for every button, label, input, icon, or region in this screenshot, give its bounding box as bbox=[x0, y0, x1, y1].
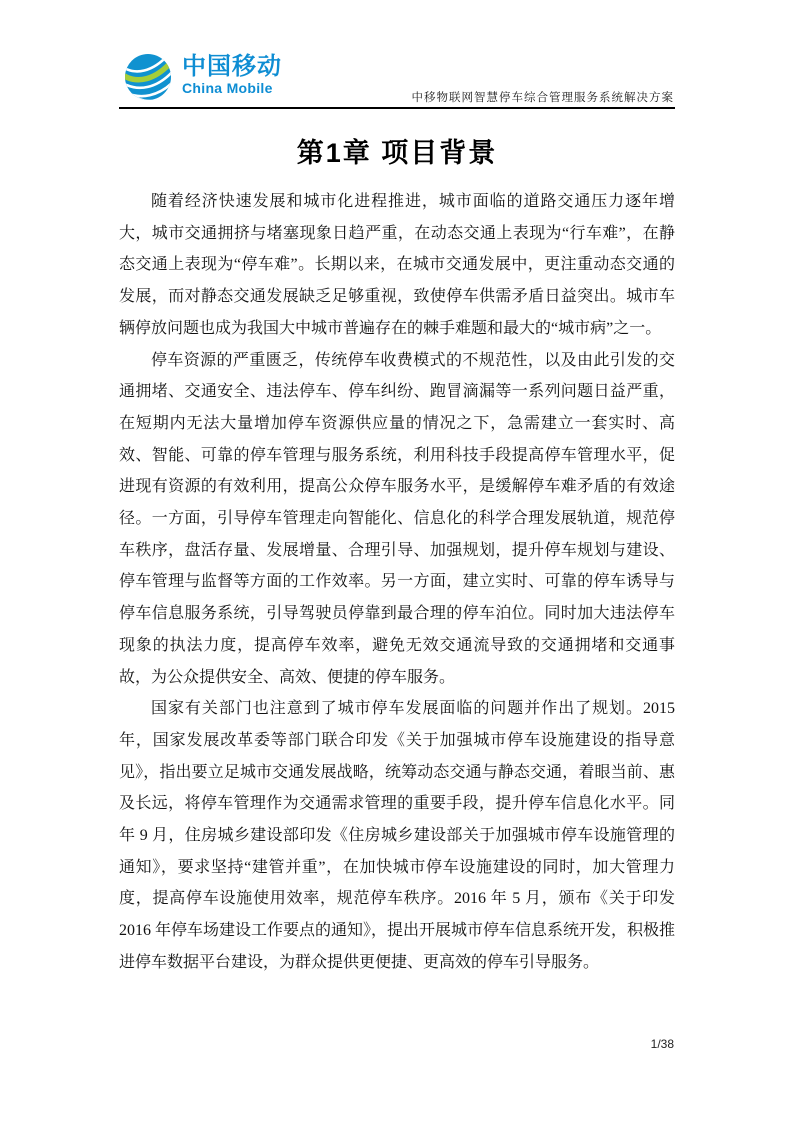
paragraph-3: 国家有关部门也注意到了城市停车发展面临的问题并作出了规划。2015 年，国家发展… bbox=[119, 693, 675, 978]
document-page: 中国移动 China Mobile 中移物联网智慧停车综合管理服务系统解决方案 … bbox=[0, 0, 793, 1122]
paragraph-2: 停车资源的严重匮乏，传统停车收费模式的不规范性，以及由此引发的交通拥堵、交通安全… bbox=[119, 345, 675, 694]
document-body: 随着经济快速发展和城市化进程推进，城市面临的道路交通压力逐年增大，城市交通拥挤与… bbox=[119, 186, 675, 979]
header-doc-caption: 中移物联网智慧停车综合管理服务系统解决方案 bbox=[118, 89, 674, 105]
chapter-heading: 第1章 项目背景 bbox=[119, 135, 675, 171]
header-divider bbox=[119, 107, 675, 109]
brand-name-chinese: 中国移动 bbox=[182, 54, 282, 80]
paragraph-1: 随着经济快速发展和城市化进程推进，城市面临的道路交通压力逐年增大，城市交通拥挤与… bbox=[119, 186, 675, 345]
page-number: 1/38 bbox=[651, 1037, 674, 1051]
